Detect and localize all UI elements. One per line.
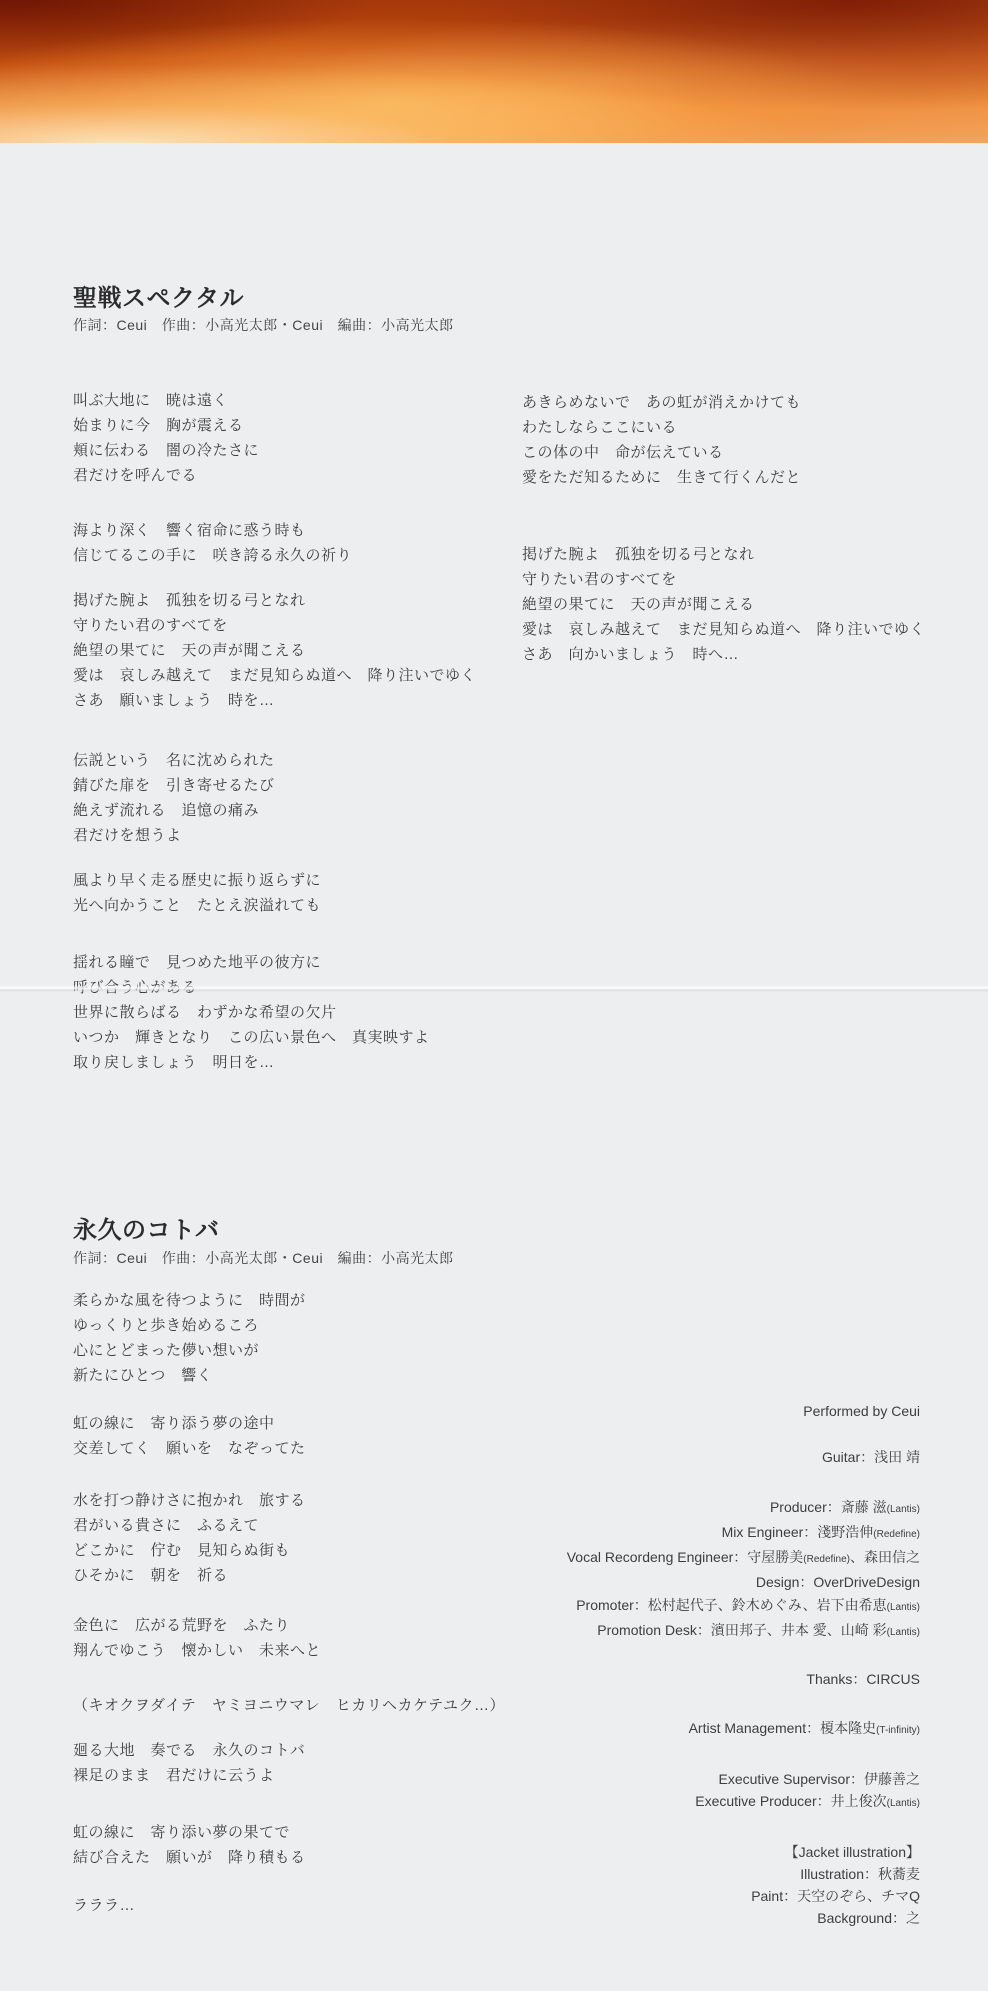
song1-title: 聖戦スペクタル [73, 278, 244, 313]
lyrics-line: 絶望の果てに 天の声が聞こえる [522, 592, 925, 617]
lyrics-line: 光へ向かうこと たとえ涙溢れても [73, 893, 476, 918]
lyrics-line: いつか 輝きとなり この広い景色へ 真実映すよ [73, 1025, 476, 1050]
lyrics-block: 海より深く 響く宿命に惑う時も 信じてるこの手に 咲き誇る永久の祈り [73, 518, 476, 568]
credit-text: Guitar：浅田 靖 [822, 1449, 920, 1465]
credit-text: (Redefine) [803, 1554, 850, 1565]
lyrics-line: この体の中 命が伝えている [522, 440, 925, 465]
credit-text: Performed by Ceui [803, 1403, 920, 1419]
credit-text: Executive Producer：井上俊次 [695, 1793, 886, 1809]
lyrics-line: 愛をただ知るために 生きて行くんだと [522, 465, 925, 490]
lyrics-line: 心にとどまった儚い想いが [73, 1338, 505, 1363]
credit-text: Promoter：松村起代子、鈴木めぐみ、岩下由希恵 [576, 1597, 886, 1613]
lyrics-line: 伝説という 名に沈められた [73, 748, 476, 773]
credit-line: Artist Management：榎本隆史(T-infinity) [300, 1717, 920, 1742]
credit-text: (Lantis) [887, 1627, 920, 1638]
credit-line: Design：OverDriveDesign [300, 1571, 920, 1594]
booklet-page: 聖戦スペクタル 作詞：Ceui 作曲：小高光太郎・Ceui 編曲：小高光太郎 叫… [0, 0, 988, 1991]
credit-line: Thanks：CIRCUS [300, 1668, 920, 1690]
song1-lyrics-right-column: あきらめないで あの虹が消えかけても わたしならここにいる この体の中 命が伝え… [522, 390, 925, 667]
lyrics-line: あきらめないで あの虹が消えかけても [522, 390, 925, 415]
credits-executives: Executive Supervisor：伊藤善之 Executive Prod… [300, 1768, 920, 1815]
credit-text: Design：OverDriveDesign [756, 1574, 920, 1590]
credit-text: 、森田信之 [850, 1549, 920, 1565]
lyrics-block: あきらめないで あの虹が消えかけても わたしならここにいる この体の中 命が伝え… [522, 390, 925, 490]
credit-line: Paint：天空のぞら、チマQ [300, 1885, 920, 1907]
credit-text: (Lantis) [887, 1798, 920, 1809]
lyrics-line: 新たにひとつ 響く [73, 1363, 505, 1388]
lyrics-line: 守りたい君のすべてを [73, 613, 476, 638]
credit-text: Paint：天空のぞら、チマQ [751, 1888, 920, 1904]
lyrics-line: さあ 向かいましょう 時へ… [522, 642, 925, 667]
lyrics-block: 掲げた腕よ 孤独を切る弓となれ 守りたい君のすべてを 絶望の果てに 天の声が聞こ… [73, 588, 476, 713]
lyrics-line: 錆びた扉を 引き寄せるたび [73, 773, 476, 798]
lyrics-line: 世界に散らばる わずかな希望の欠片 [73, 1000, 476, 1025]
lyrics-line: 愛は 哀しみ越えて まだ見知らぬ道へ 降り注いでゆく [522, 617, 925, 642]
lyrics-line: 掲げた腕よ 孤独を切る弓となれ [522, 542, 925, 567]
credit-line: Promoter：松村起代子、鈴木めぐみ、岩下由希恵(Lantis) [300, 1594, 920, 1619]
lyrics-block: 風より早く走る歴史に振り返らずに 光へ向かうこと たとえ涙溢れても [73, 868, 476, 918]
credit-line: Background：之 [300, 1907, 920, 1929]
credit-line: Vocal Recordeng Engineer：守屋勝美(Redefine)、… [300, 1546, 920, 1571]
lyrics-line: 揺れる瞳で 見つめた地平の彼方に [73, 950, 476, 975]
credits-performed-by: Performed by Ceui [300, 1400, 920, 1422]
credit-line: Executive Supervisor：伊藤善之 [300, 1768, 920, 1790]
lyrics-block: 揺れる瞳で 見つめた地平の彼方に 呼び合う心がある 世界に散らばる わずかな希望… [73, 950, 476, 1075]
lyrics-block: 掲げた腕よ 孤独を切る弓となれ 守りたい君のすべてを 絶望の果てに 天の声が聞こ… [522, 542, 925, 667]
lyrics-line: 愛は 哀しみ越えて まだ見知らぬ道へ 降り注いでゆく [73, 663, 476, 688]
credit-line: Executive Producer：井上俊次(Lantis) [300, 1790, 920, 1815]
lyrics-block: 伝説という 名に沈められた 錆びた扉を 引き寄せるたび 絶えず流れる 追憶の痛み… [73, 748, 476, 848]
credit-text: Promotion Desk：濱田邦子、井本 愛、山崎 彩 [597, 1622, 886, 1638]
credits-thanks: Thanks：CIRCUS [300, 1668, 920, 1690]
credit-line: Promotion Desk：濱田邦子、井本 愛、山崎 彩(Lantis) [300, 1619, 920, 1644]
lyrics-line: 叫ぶ大地に 暁は遠く [73, 388, 476, 413]
lyrics-line: 始まりに今 胸が震える [73, 413, 476, 438]
song2-title: 永久のコトバ [73, 1210, 220, 1245]
lyrics-line: 風より早く走る歴史に振り返らずに [73, 868, 476, 893]
lyrics-line: 絶望の果てに 天の声が聞こえる [73, 638, 476, 663]
song1-writer-credit: 作詞：Ceui 作曲：小高光太郎・Ceui 編曲：小高光太郎 [73, 315, 454, 335]
song2-writer-credit: 作詞：Ceui 作曲：小高光太郎・Ceui 編曲：小高光太郎 [73, 1248, 454, 1268]
lyrics-line: ゆっくりと歩き始めるころ [73, 1313, 505, 1338]
lyrics-line: さあ 願いましょう 時を… [73, 688, 476, 713]
credit-text: (T-infinity) [876, 1725, 920, 1736]
credit-text: Mix Engineer：淺野浩伸 [722, 1524, 874, 1540]
lyrics-block: 叫ぶ大地に 暁は遠く 始まりに今 胸が震える 頬に伝わる 闇の冷たさに 君だけを… [73, 388, 476, 488]
credits-guitar: Guitar：浅田 靖 [300, 1446, 920, 1468]
credit-line: Producer：斎藤 滋(Lantis) [300, 1496, 920, 1521]
lyrics-line: 信じてるこの手に 咲き誇る永久の祈り [73, 543, 476, 568]
lyrics-line: 取り戻しましょう 明日を… [73, 1050, 476, 1075]
page-fold-crease [0, 985, 988, 992]
lyrics-line: 海より深く 響く宿命に惑う時も [73, 518, 476, 543]
cover-artwork-strip [0, 0, 988, 143]
credits-production-staff: Producer：斎藤 滋(Lantis) Mix Engineer：淺野浩伸(… [300, 1496, 920, 1644]
lyrics-line: 君だけを呼んでる [73, 463, 476, 488]
credit-text: Vocal Recordeng Engineer：守屋勝美 [567, 1549, 804, 1565]
lyrics-line: 君だけを想うよ [73, 823, 476, 848]
credit-text: Background：之 [817, 1910, 920, 1926]
credit-line: Guitar：浅田 靖 [300, 1446, 920, 1468]
credit-text: Executive Supervisor：伊藤善之 [718, 1771, 920, 1787]
credit-text: Thanks：CIRCUS [806, 1671, 920, 1687]
lyrics-line: わたしならここにいる [522, 415, 925, 440]
lyrics-line: 絶えず流れる 追憶の痛み [73, 798, 476, 823]
credit-text: (Lantis) [887, 1504, 920, 1515]
song1-lyrics-left-column: 叫ぶ大地に 暁は遠く 始まりに今 胸が震える 頬に伝わる 闇の冷たさに 君だけを… [73, 388, 476, 1075]
credit-line: Performed by Ceui [300, 1400, 920, 1422]
credits-artist-management: Artist Management：榎本隆史(T-infinity) [300, 1717, 920, 1742]
credit-line: Illustration：秋蕎麦 [300, 1863, 920, 1885]
lyrics-line: 柔らかな風を待つように 時間が [73, 1288, 505, 1313]
lyrics-block: 柔らかな風を待つように 時間が ゆっくりと歩き始めるころ 心にとどまった儚い想い… [73, 1288, 505, 1388]
credit-text: Illustration：秋蕎麦 [800, 1866, 920, 1882]
credit-text: Producer：斎藤 滋 [770, 1499, 887, 1515]
credits-jacket-illustration: 【Jacket illustration】 Illustration：秋蕎麦 P… [300, 1841, 920, 1929]
credit-text: (Redefine) [873, 1529, 920, 1540]
credit-line: Mix Engineer：淺野浩伸(Redefine) [300, 1521, 920, 1546]
staff-credits: Performed by Ceui Guitar：浅田 靖 Producer：斎… [300, 1400, 920, 1929]
lyrics-line: 守りたい君のすべてを [522, 567, 925, 592]
credit-line: 【Jacket illustration】 [300, 1841, 920, 1863]
credit-text: (Lantis) [887, 1602, 920, 1613]
lyrics-line: 掲げた腕よ 孤独を切る弓となれ [73, 588, 476, 613]
credit-text: 【Jacket illustration】 [785, 1844, 920, 1860]
credit-text: Artist Management：榎本隆史 [689, 1720, 877, 1736]
lyrics-line: 頬に伝わる 闇の冷たさに [73, 438, 476, 463]
